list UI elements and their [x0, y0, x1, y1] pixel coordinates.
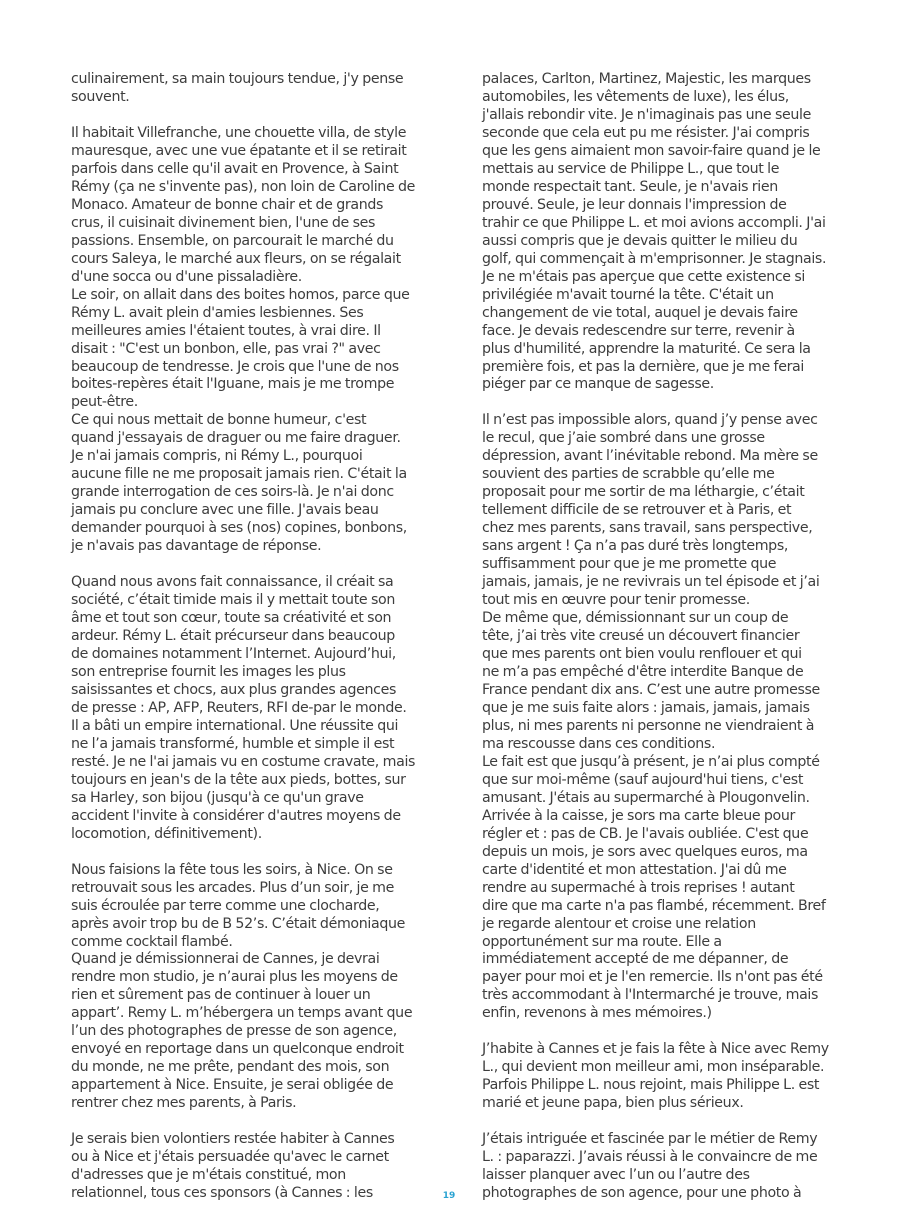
text-line: France pendant dix ans. C’est une autre … — [482, 682, 832, 700]
text-line: ne l’a jamais transformé, humble et simp… — [71, 736, 421, 754]
text-line: beaucoup de tendresse. Je crois que l'un… — [71, 359, 421, 377]
text-line: le recul, que j’aie sombré dans une gros… — [482, 430, 832, 448]
text-line: rentrer chez mes parents, à Paris. — [71, 1095, 421, 1113]
text-line: piéger par ce manque de sagesse. — [482, 376, 832, 394]
text-line: golf, qui commençait à m'emprisonner. Je… — [482, 251, 832, 269]
text-line: crus, il cuisinait divinement bien, l'un… — [71, 215, 421, 233]
text-line: tout mis en œuvre pour tenir promesse. — [482, 592, 832, 610]
text-line: quand j'essayais de draguer ou me faire … — [71, 430, 421, 448]
text-line: sa Harley, son bijou (jusqu'à ce qu'un g… — [71, 790, 421, 808]
text-line: souvent. — [71, 89, 421, 107]
text-line: ma rescousse dans ces conditions. — [482, 736, 832, 754]
text-line: régler et : pas de CB. Je l'avais oublié… — [482, 826, 832, 844]
text-line: prouvé. Seule, je leur donnais l'impress… — [482, 197, 832, 215]
text-line: marié et jeune papa, bien plus sérieux. — [482, 1095, 832, 1113]
text-line: Il habitait Villefranche, une chouette v… — [71, 125, 421, 143]
text-line: Quand nous avons fait connaissance, il c… — [71, 574, 421, 592]
text-line: ou à Nice et j'étais persuadée qu'avec l… — [71, 1149, 421, 1167]
text-line: tête, j’ai très vite creusé un découvert… — [482, 628, 832, 646]
text-line: souvient des parties de scrabble qu’elle… — [482, 466, 832, 484]
text-line: jamais, jamais, je ne revivrais un tel é… — [482, 574, 832, 592]
paragraph-spacer — [482, 394, 832, 412]
text-line: depuis un mois, je sors avec quelques eu… — [482, 844, 832, 862]
text-line: chez mes parents, sans travail, sans per… — [482, 520, 832, 538]
text-line: âme et tout son cœur, toute sa créativit… — [71, 610, 421, 628]
text-line: automobiles, les vêtements de luxe), les… — [482, 89, 832, 107]
text-line: jamais pu conclure avec une fille. J'ava… — [71, 502, 421, 520]
text-line: comme cocktail flambé. — [71, 934, 421, 952]
text-line: sans argent ! Ça n’a pas duré très longt… — [482, 538, 832, 556]
text-line: face. Je devais redescendre sur terre, r… — [482, 323, 832, 341]
text-line: carte d'identité et mon attestation. J'a… — [482, 862, 832, 880]
text-line: Je ne m'étais pas aperçue que cette exis… — [482, 269, 832, 287]
text-line: seconde que cela eut pu me résister. J'a… — [482, 125, 832, 143]
document-page: culinairement, sa main toujours tendue, … — [0, 0, 898, 1228]
text-line: Arrivée à la caisse, je sors ma carte bl… — [482, 808, 832, 826]
text-line: de presse : AP, AFP, Reuters, RFI de-par… — [71, 700, 421, 718]
text-line: de domaines notamment l’Internet. Aujour… — [71, 646, 421, 664]
paragraph-spacer — [482, 1113, 832, 1131]
text-line: je n'avais pas davantage de réponse. — [71, 538, 421, 556]
text-line: boites-repères était l'Iguane, mais je m… — [71, 376, 421, 394]
text-line: rendre mon studio, je n’aurai plus les m… — [71, 969, 421, 987]
text-line: j'allais rebondir vite. Je n'imaginais p… — [482, 107, 832, 125]
text-line: que les gens aimaient mon savoir-faire q… — [482, 143, 832, 161]
text-line: Le soir, on allait dans des boites homos… — [71, 287, 421, 305]
left-text-column: culinairement, sa main toujours tendue, … — [71, 71, 421, 1203]
text-line: Je serais bien volontiers restée habiter… — [71, 1131, 421, 1149]
text-line: J’étais intriguée et fascinée par le mét… — [482, 1131, 832, 1149]
text-line: mauresque, avec une vue épatante et il s… — [71, 143, 421, 161]
text-line: rien et sûrement pas de continuer à loue… — [71, 987, 421, 1005]
text-line: locomotion, définitivement). — [71, 826, 421, 844]
text-line: retrouvait sous les arcades. Plus d’un s… — [71, 880, 421, 898]
text-line: changement de vie total, auquel je devai… — [482, 305, 832, 323]
text-line: Monaco. Amateur de bonne chair et de gra… — [71, 197, 421, 215]
text-line: plus, ni mes parents ni personne ne vien… — [482, 718, 832, 736]
right-text-column: palaces, Carlton, Martinez, Majestic, le… — [482, 71, 832, 1203]
text-line: Le fait est que jusqu’à présent, je n’ai… — [482, 754, 832, 772]
paragraph-spacer — [71, 1113, 421, 1131]
text-line: J’habite à Cannes et je fais la fête à N… — [482, 1041, 832, 1059]
text-line: L., qui devient mon meilleur ami, mon in… — [482, 1059, 832, 1077]
text-line: ardeur. Rémy L. était précurseur dans be… — [71, 628, 421, 646]
text-line: du monde, ne me prête, pendant des mois,… — [71, 1059, 421, 1077]
text-line: monde respectait tant. Seule, je n'avais… — [482, 179, 832, 197]
paragraph-spacer — [71, 107, 421, 125]
text-line: je regarde alentour et croise une relati… — [482, 916, 832, 934]
text-line: tellement difficile de se retrouver et à… — [482, 502, 832, 520]
text-line: appart’. Remy L. m’hébergera un temps av… — [71, 1005, 421, 1023]
text-line: disait : "C'est un bonbon, elle, pas vra… — [71, 341, 421, 359]
text-line: rendre au supermaché à trois reprises ! … — [482, 880, 832, 898]
text-line: que mes parents ont bien voulu renflouer… — [482, 646, 832, 664]
text-line: De même que, démissionnant sur un coup d… — [482, 610, 832, 628]
text-line: dépression, avant l’inévitable rebond. M… — [482, 448, 832, 466]
text-line: proposait pour me sortir de ma léthargie… — [482, 484, 832, 502]
text-line: passions. Ensemble, on parcourait le mar… — [71, 233, 421, 251]
text-line: envoyé en reportage dans un quelconque e… — [71, 1041, 421, 1059]
paragraph-spacer — [71, 844, 421, 862]
paragraph-spacer — [482, 1023, 832, 1041]
text-line: trahir ce que Philippe L. et moi avions … — [482, 215, 832, 233]
text-line: suis écroulée par terre comme une clocha… — [71, 898, 421, 916]
text-line: amusant. J'étais au supermarché à Plougo… — [482, 790, 832, 808]
text-line: L. : paparazzi. J’avais réussi à le conv… — [482, 1149, 832, 1167]
text-line: son entreprise fournit les images les pl… — [71, 664, 421, 682]
text-line: palaces, Carlton, Martinez, Majestic, le… — [482, 71, 832, 89]
text-line: Il n’est pas impossible alors, quand j’y… — [482, 412, 832, 430]
text-line: société, c’était timide mais il y mettai… — [71, 592, 421, 610]
text-line: peut-être. — [71, 394, 421, 412]
text-line: privilégiée m'avait tourné la tête. C'ét… — [482, 287, 832, 305]
text-line: resté. Je ne l'ai jamais vu en costume c… — [71, 754, 421, 772]
text-line: d'une socca ou d'une pissaladière. — [71, 269, 421, 287]
text-line: mettais au service de Philippe L., que t… — [482, 161, 832, 179]
text-line: ne m’a pas empêché d'être interdite Banq… — [482, 664, 832, 682]
text-line: appartement à Nice. Ensuite, je serai ob… — [71, 1077, 421, 1095]
text-line: enfin, revenons à mes mémoires.) — [482, 1005, 832, 1023]
page-number: 19 — [0, 1191, 898, 1201]
text-line: Parfois Philippe L. nous rejoint, mais P… — [482, 1077, 832, 1095]
text-line: opportunément sur ma route. Elle a — [482, 934, 832, 952]
text-line: après avoir trop bu de B 52’s. C’était d… — [71, 916, 421, 934]
text-line: accident l'invite à considérer d'autres … — [71, 808, 421, 826]
text-line: meilleures amies l'étaient toutes, à vra… — [71, 323, 421, 341]
text-line: l’un des photographes de presse de son a… — [71, 1023, 421, 1041]
text-line: laisser planquer avec l’un ou l’autre de… — [482, 1167, 832, 1185]
text-line: Rémy L. avait plein d'amies lesbiennes. … — [71, 305, 421, 323]
text-line: Nous faisions la fête tous les soirs, à … — [71, 862, 421, 880]
paragraph-spacer — [71, 556, 421, 574]
text-line: immédiatement accepté de me dépanner, de — [482, 951, 832, 969]
text-line: aussi compris que je devais quitter le m… — [482, 233, 832, 251]
text-line: grande interrogation de ces soirs-là. Je… — [71, 484, 421, 502]
text-line: culinairement, sa main toujours tendue, … — [71, 71, 421, 89]
text-line: toujours en jean's de la tête aux pieds,… — [71, 772, 421, 790]
text-line: Quand je démissionnerai de Cannes, je de… — [71, 951, 421, 969]
text-line: saisissantes et chocs, aux plus grandes … — [71, 682, 421, 700]
text-line: plus d'humilité, apprendre la maturité. … — [482, 341, 832, 359]
text-line: très accommodant à l'Intermarché je trou… — [482, 987, 832, 1005]
text-line: parfois dans celle qu'il avait en Proven… — [71, 161, 421, 179]
text-line: Rémy (ça ne s'invente pas), non loin de … — [71, 179, 421, 197]
text-line: dire que ma carte n'a pas flambé, récemm… — [482, 898, 832, 916]
text-line: suffisamment pour que je me promette que — [482, 556, 832, 574]
text-line: Il a bâti un empire international. Une r… — [71, 718, 421, 736]
text-line: d'adresses que je m'étais constitué, mon — [71, 1167, 421, 1185]
text-line: aucune fille ne me proposait jamais rien… — [71, 466, 421, 484]
text-line: que sur moi-même (sauf aujourd'hui tiens… — [482, 772, 832, 790]
text-line: Je n'ai jamais compris, ni Rémy L., pour… — [71, 448, 421, 466]
text-line: payer pour moi et je l'en remercie. Ils … — [482, 969, 832, 987]
text-line: demander pourquoi à ses (nos) copines, b… — [71, 520, 421, 538]
text-line: que je me suis faite alors : jamais, jam… — [482, 700, 832, 718]
text-line: première fois, et pas la dernière, que j… — [482, 359, 832, 377]
text-line: cours Saleya, le marché aux fleurs, on s… — [71, 251, 421, 269]
text-line: Ce qui nous mettait de bonne humeur, c'e… — [71, 412, 421, 430]
